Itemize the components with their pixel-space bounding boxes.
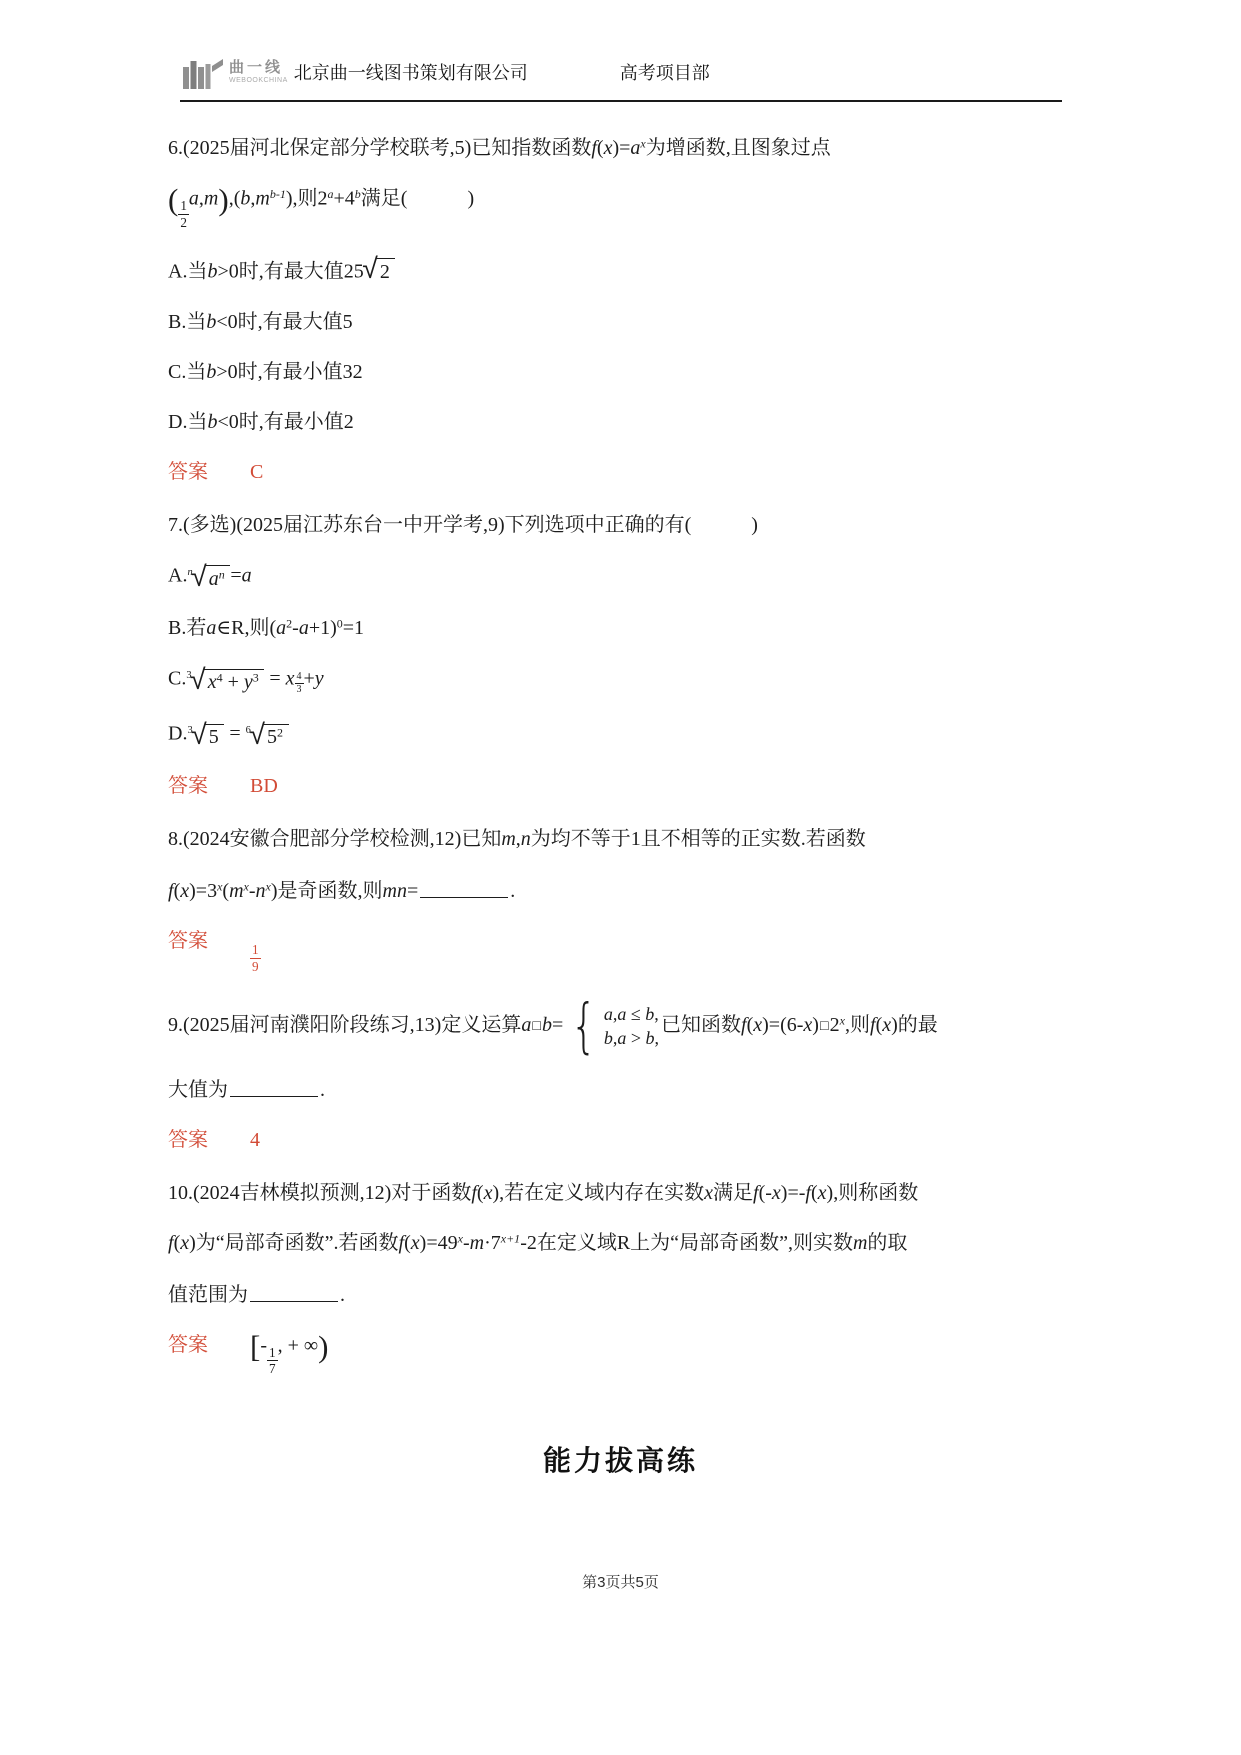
text-segment: {a,a ≤ b,b,a > b, [565, 1002, 659, 1051]
text-segment: √2 [364, 255, 396, 283]
text-segment: ( [597, 137, 604, 159]
question-7-option-d: D.3√5 = 6√52 [168, 721, 1063, 749]
department-name: 高考项目部 [620, 59, 710, 85]
page-footer: 第3页共5页 [0, 1571, 1241, 1592]
exercise-content: 6.(2025届河北保定部分学校联考,5)已知指数函数f(x)=ax为增函数,且… [0, 102, 1241, 1377]
text-segment [250, 1281, 338, 1302]
text-segment: 10.(2024吉林模拟预测,12)对于函数 [168, 1182, 471, 1204]
text-segment: a [276, 617, 286, 639]
text-segment: ) [218, 182, 228, 217]
text-segment: x [772, 1182, 781, 1204]
text-segment: +1) [309, 617, 337, 639]
text-segment: > [626, 1028, 645, 1048]
text-segment: a [242, 564, 252, 586]
text-segment: A. [168, 564, 187, 586]
text-segment: m [255, 187, 269, 209]
text-segment: )=3 [189, 880, 217, 902]
page-number: 第3页共5页 [582, 1574, 659, 1591]
answer-label: 答案 [168, 461, 208, 483]
question-10-answer: 答案[-17, + ∞) [168, 1333, 1063, 1377]
text-segment: a [209, 568, 219, 590]
text-segment: )=49 [420, 1232, 458, 1254]
text-segment: n [219, 567, 225, 581]
text-segment [420, 877, 508, 898]
text-segment: 12 [178, 198, 189, 230]
text-segment: D. [168, 722, 187, 744]
text-segment: x [180, 1232, 189, 1254]
text-segment: 5 [209, 726, 219, 748]
text-segment: m [501, 828, 515, 850]
text-segment: y [315, 667, 324, 689]
question-8-line-1: 8.(2024安徽合肥部分学校检测,12)已知m,n为均不等于1且不相等的正实数… [168, 827, 1063, 852]
text-segment: x [882, 1014, 891, 1036]
question-6-option-a: A.当b>0时,有最大值25√2 [168, 255, 1063, 284]
text-segment: - [249, 880, 256, 902]
text-segment: ) [812, 1014, 819, 1036]
text-segment: a [521, 1014, 531, 1036]
text-segment: m [853, 1232, 867, 1254]
text-segment: x [208, 671, 217, 693]
text-segment: b [645, 1004, 654, 1024]
text-segment: n [521, 828, 531, 850]
question-10-line-3: 值范围为. [168, 1281, 1063, 1308]
text-segment: = [264, 667, 285, 689]
text-segment: a [299, 617, 309, 639]
text-segment: ( [811, 1182, 818, 1204]
text-segment: mn [383, 880, 407, 902]
logo-brand-text: 曲一线 [229, 60, 288, 75]
answer-value: BD [250, 775, 278, 797]
question-6-option-d: D.当b<0时,有最小值2 [168, 410, 1063, 435]
text-segment: )= [612, 137, 630, 159]
text-segment: b [240, 187, 250, 209]
text-segment: 为增函数,且图象过点 [646, 137, 831, 159]
text-segment: □ [531, 1018, 542, 1034]
text-segment: -2在定义域R上为“局部奇函数”,则实数 [520, 1232, 853, 1254]
text-segment: b [604, 1028, 613, 1048]
logo-books-icon [182, 54, 224, 90]
text-segment: A.当 [168, 261, 207, 283]
text-segment: = [224, 722, 245, 744]
text-segment: 的取 [867, 1232, 907, 1254]
logo-brand-subtext: WEBOOKCHINA [229, 77, 288, 84]
answer-value: 19 [250, 942, 261, 974]
text-segment: <0时,有最小值2 [217, 411, 353, 433]
text-segment: )的最 [891, 1014, 938, 1036]
question-7-line-1: 7.(多选)(2025届江苏东台一中开学考,9)下列选项中正确的有( ) [168, 513, 1063, 538]
question-9-answer: 答案4 [168, 1128, 1063, 1153]
text-segment: B.若 [168, 617, 206, 639]
question-7-option-a: A.n√an=a [168, 563, 1063, 591]
answer-label: 答案 [168, 930, 208, 952]
text-segment: b [207, 411, 217, 433]
text-segment: 大值为 [168, 1079, 228, 1101]
text-segment: □ [819, 1018, 830, 1034]
answer-value: , + ∞ [278, 1334, 319, 1356]
text-segment: )=- [781, 1182, 806, 1204]
header-row: 曲一线 WEBOOKCHINA 北京曲一线图书策划有限公司 高考项目部 [182, 54, 1062, 90]
question-6-option-c: C.当b>0时,有最小值32 [168, 360, 1063, 385]
text-segment: b [206, 311, 216, 333]
text-segment: a [617, 1004, 626, 1024]
text-segment: + [304, 667, 315, 689]
text-segment: 2 [380, 261, 390, 283]
text-segment: 5 [267, 726, 277, 748]
text-segment: - [292, 617, 299, 639]
text-segment: = [552, 1014, 563, 1036]
question-10-line-2: f(x)为“局部奇函数”.若函数f(x)=49x-m·7x+1-2在定义域R上为… [168, 1231, 1063, 1256]
question-9-line-2: 大值为. [168, 1076, 1063, 1103]
text-segment: a [617, 1028, 626, 1048]
piecewise-row: b,a > b, [604, 1026, 659, 1050]
text-segment: x [286, 667, 295, 689]
text-segment: x+1 [501, 1231, 520, 1245]
text-segment: ),若在定义域内存在实数 [492, 1182, 704, 1204]
text-segment: ≤ [626, 1004, 645, 1024]
text-segment: ( [477, 1182, 484, 1204]
text-segment: b [542, 1014, 552, 1036]
piecewise-row: a,a ≤ b, [604, 1002, 659, 1026]
question-6-line-1: 6.(2025届河北保定部分学校联考,5)已知指数函数f(x)=ax为增函数,且… [168, 136, 1063, 161]
text-segment: 6.(2025届河北保定部分学校联考,5)已知指数函数 [168, 137, 591, 159]
question-6-line-2: (12a,m),(b,mb-1),则2a+4b满足( ) [168, 186, 1063, 230]
text-segment: m [470, 1232, 484, 1254]
text-segment: C.当 [168, 361, 206, 383]
text-segment: 2 [830, 1014, 840, 1036]
text-segment: >0时,有最小值32 [216, 361, 362, 383]
text-segment: 3√x4 + y3 [186, 666, 264, 694]
question-10-line-1: 10.(2024吉林模拟预测,12)对于函数f(x),若在定义域内存在实数x满足… [168, 1181, 1063, 1206]
text-segment: )为“局部奇函数”.若函数 [189, 1232, 398, 1254]
text-segment: a [206, 617, 216, 639]
text-segment: B.当 [168, 311, 206, 333]
text-segment: )=(6- [762, 1014, 803, 1036]
text-segment: , [655, 1028, 660, 1048]
text-segment: x [803, 1014, 812, 1036]
text-segment: b [206, 361, 216, 383]
text-segment: x [753, 1014, 762, 1036]
text-segment: - [463, 1232, 470, 1254]
text-segment: 2 [277, 726, 283, 740]
text-segment: ),则称函数 [827, 1182, 919, 1204]
text-segment: x [411, 1232, 420, 1254]
answer-label: 答案 [168, 775, 208, 797]
text-segment: ,则 [845, 1014, 870, 1036]
answer-value: ) [318, 1329, 328, 1364]
text-segment: D.当 [168, 411, 207, 433]
text-segment: ),则2 [286, 187, 328, 209]
text-segment: m [229, 880, 243, 902]
text-segment: . [510, 880, 515, 902]
text-segment: n√an [187, 563, 230, 591]
text-segment: , [654, 1004, 659, 1024]
text-segment: = [230, 564, 241, 586]
text-segment: 6√52 [246, 721, 289, 749]
text-segment: (- [759, 1182, 772, 1204]
text-segment: 3√5 [187, 721, 224, 749]
text-segment: 3 [253, 671, 259, 685]
answer-label: 答案 [168, 1334, 208, 1356]
text-segment: x [704, 1182, 713, 1204]
page-header: 曲一线 WEBOOKCHINA 北京曲一线图书策划有限公司 高考项目部 [180, 0, 1062, 102]
text-segment: 7.(多选)(2025届江苏东台一中开学考,9)下列选项中正确的有( ) [168, 514, 758, 536]
text-segment: n [256, 880, 266, 902]
text-segment: a [604, 1004, 613, 1024]
text-segment: b-1 [270, 187, 286, 201]
answer-label: 答案 [168, 1129, 208, 1151]
answer-value: [ [250, 1329, 260, 1364]
question-6-option-b: B.当b<0时,有最大值5 [168, 310, 1063, 335]
text-segment: m [204, 187, 218, 209]
text-segment: b [207, 261, 217, 283]
text-segment: x [180, 880, 189, 902]
text-segment: b [646, 1028, 655, 1048]
text-segment: 满足( ) [361, 187, 474, 209]
text-segment: . [340, 1284, 345, 1306]
text-segment: a [630, 137, 640, 159]
text-segment: +4 [334, 187, 355, 209]
answer-value: - [260, 1334, 267, 1356]
text-segment: 已知函数 [661, 1014, 741, 1036]
text-segment: ,( [229, 187, 241, 209]
company-name: 北京曲一线图书策划有限公司 [294, 59, 528, 85]
question-7-answer: 答案BD [168, 774, 1063, 799]
answer-value: 4 [250, 1129, 260, 1151]
text-segment: 43 [295, 671, 304, 696]
text-segment: x [818, 1182, 827, 1204]
text-segment: ( [168, 182, 178, 217]
answer-value: C [250, 461, 263, 483]
question-7-option-b: B.若a∈R,则(a2-a+1)0=1 [168, 616, 1063, 641]
text-segment: 值范围为 [168, 1284, 248, 1306]
question-8-answer: 答案19 [168, 929, 1063, 974]
text-segment: <0时,有最大值5 [216, 311, 352, 333]
text-segment: ∈R,则( [216, 617, 276, 639]
text-segment: a [189, 187, 199, 209]
text-segment: 8.(2024安徽合肥部分学校检测,12)已知 [168, 828, 501, 850]
text-segment: y [244, 671, 253, 693]
text-segment: + [223, 671, 244, 693]
text-segment: . [320, 1079, 325, 1101]
text-segment: ( [404, 1232, 411, 1254]
question-9-line-1: 9.(2025届河南濮阳阶段练习,13)定义运算a□b={a,a ≤ b,b,a… [168, 1002, 1063, 1051]
question-7-option-c: C.3√x4 + y3 = x43+y [168, 666, 1063, 696]
text-segment: = [407, 880, 418, 902]
answer-value: 17 [267, 1345, 278, 1377]
text-segment [230, 1076, 318, 1097]
text-segment: 9.(2025届河南濮阳阶段练习,13)定义运算 [168, 1014, 521, 1036]
text-segment: C. [168, 667, 186, 689]
text-segment: 为均不等于1且不相等的正实数.若函数 [531, 828, 866, 850]
question-8-line-2: f(x)=3x(mx-nx)是奇函数,则mn=. [168, 877, 1063, 904]
question-6-answer: 答案C [168, 460, 1063, 485]
logo-text-block: 曲一线 WEBOOKCHINA [229, 60, 288, 84]
company-logo: 曲一线 WEBOOKCHINA [182, 54, 288, 90]
text-segment: 满足 [713, 1182, 753, 1204]
text-segment: ·7 [484, 1232, 501, 1254]
section-heading: 能力拔高练 [0, 1439, 1241, 1479]
text-segment: )是奇函数,则 [271, 880, 383, 902]
text-segment: =1 [343, 617, 364, 639]
text-segment: >0时,有最大值25 [217, 261, 363, 283]
